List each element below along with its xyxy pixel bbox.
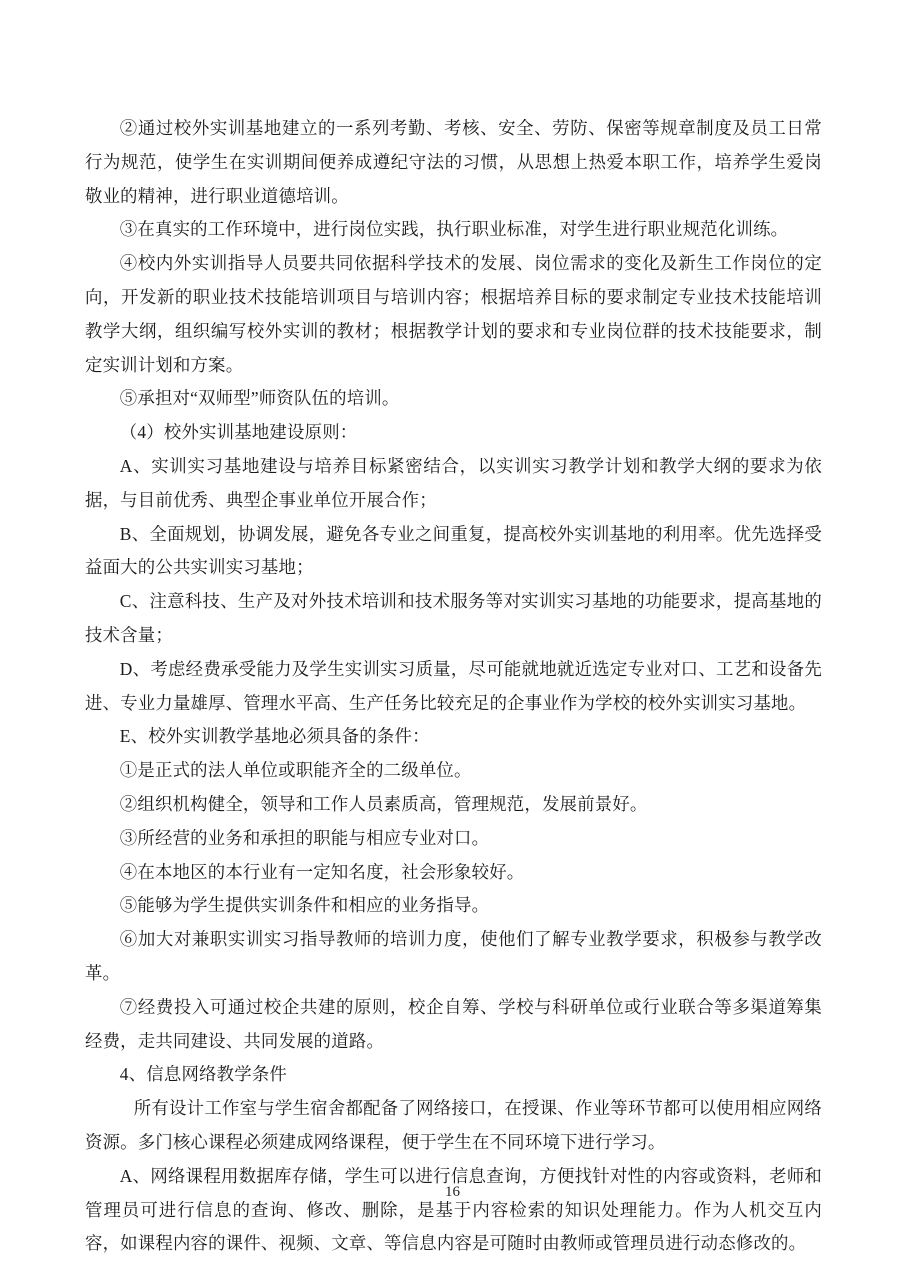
paragraph: B、全面规划，协调发展，避免各专业之间重复，提高校外实训基地的利用率。优先选择受… xyxy=(85,518,822,586)
paragraph: 4、信息网络教学条件 xyxy=(85,1058,822,1092)
page-number: 16 xyxy=(0,1184,905,1201)
paragraph: ⑤能够为学生提供实训条件和相应的业务指导。 xyxy=(85,889,822,923)
paragraph: C、注意科技、生产及对外技术培训和技术服务等对实训实习基地的功能要求，提高基地的… xyxy=(85,585,822,653)
paragraph: 所有设计工作室与学生宿舍都配备了网络接口，在授课、作业等环节都可以使用相应网络资… xyxy=(85,1092,822,1160)
paragraph: ⑤承担对“双师型”师资队伍的培训。 xyxy=(85,382,822,416)
paragraph: ③所经营的业务和承担的职能与相应专业对口。 xyxy=(85,822,822,856)
document-page: ②通过校外实训基地建立的一系列考勤、考核、安全、劳防、保密等规章制度及员工日常行… xyxy=(0,0,905,1280)
paragraph: （4）校外实训基地建设原则： xyxy=(85,416,822,450)
paragraph: ④校内外实训指导人员要共同依据科学技术的发展、岗位需求的变化及新生工作岗位的定向… xyxy=(85,247,822,382)
paragraph: ②组织机构健全，领导和工作人员素质高，管理规范，发展前景好。 xyxy=(85,788,822,822)
paragraph: A、网络课程用数据库存储，学生可以进行信息查询，方便找针对性的内容或资料，老师和… xyxy=(85,1160,822,1261)
paragraph: ①是正式的法人单位或职能齐全的二级单位。 xyxy=(85,754,822,788)
document-body: ②通过校外实训基地建立的一系列考勤、考核、安全、劳防、保密等规章制度及员工日常行… xyxy=(85,112,822,1261)
paragraph: E、校外实训教学基地必须具备的条件： xyxy=(85,720,822,754)
paragraph: ③在真实的工作环境中，进行岗位实践，执行职业标准，对学生进行职业规范化训练。 xyxy=(85,213,822,247)
paragraph: A、实训实习基地建设与培养目标紧密结合，以实训实习教学计划和教学大纲的要求为依据… xyxy=(85,450,822,518)
paragraph: ⑥加大对兼职实训实习指导教师的培训力度，使他们了解专业教学要求，积极参与教学改革… xyxy=(85,923,822,991)
paragraph: ④在本地区的本行业有一定知名度，社会形象较好。 xyxy=(85,856,822,890)
paragraph: D、考虑经费承受能力及学生实训实习质量，尽可能就地就近选定专业对口、工艺和设备先… xyxy=(85,653,822,721)
paragraph: ②通过校外实训基地建立的一系列考勤、考核、安全、劳防、保密等规章制度及员工日常行… xyxy=(85,112,822,213)
paragraph: ⑦经费投入可通过校企共建的原则，校企自筹、学校与科研单位或行业联合等多渠道筹集经… xyxy=(85,991,822,1059)
